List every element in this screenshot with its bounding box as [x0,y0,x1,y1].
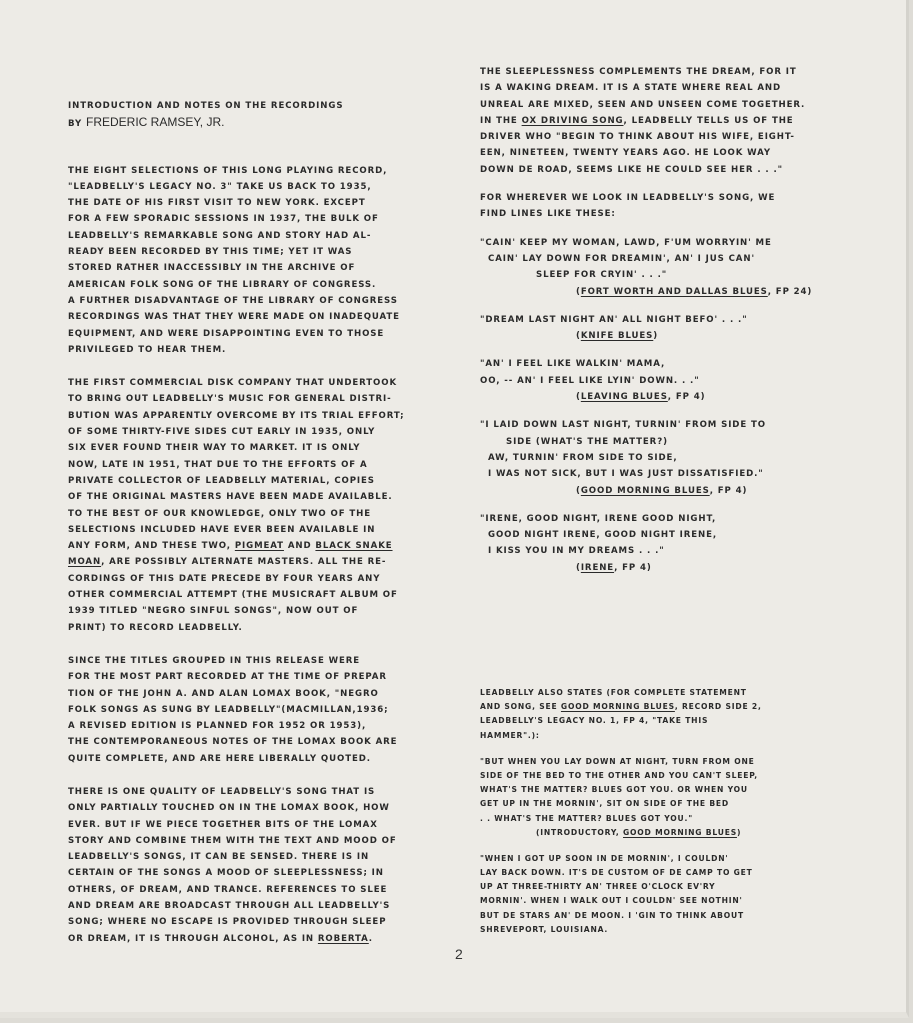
text-line: (GOOD MORNING BLUES, FP 4) [480,483,880,499]
text-line: AMERICAN FOLK SONG OF THE LIBRARY OF CON… [68,277,478,293]
song-title: IRENE [581,563,614,573]
text-line: IS A WAKING DREAM. IT IS A STATE WHERE R… [480,80,880,96]
text-line: "I LAID DOWN LAST NIGHT, TURNIN' FROM SI… [480,417,880,433]
text-line: READY BEEN RECORDED BY THIS TIME; YET IT… [68,244,478,260]
text-line: NOW, LATE IN 1951, THAT DUE TO THE EFFOR… [68,457,478,473]
text-line: . . WHAT'S THE MATTER? BLUES GOT YOU." [480,812,880,826]
text-line: THE DATE OF HIS FIRST VISIT TO NEW YORK.… [68,195,478,211]
paragraph: "WHEN I GOT UP SOON IN DE MORNIN', I COU… [480,852,880,937]
song-title: GOOD MORNING BLUES [581,486,710,496]
text-line: THE CONTEMPORANEOUS NOTES OF THE LOMAX B… [68,734,478,750]
text-line: (INTRODUCTORY, GOOD MORNING BLUES) [480,826,880,840]
right-paragraphs: THE SLEEPLESSNESS COMPLEMENTS THE DREAM,… [480,64,880,576]
song-title: OX DRIVING SONG [522,116,624,126]
text-line: OR DREAM, IT IS THROUGH ALCOHOL, AS IN R… [68,931,478,947]
page-number: 2 [455,946,463,962]
text-line: TO THE BEST OF OUR KNOWLEDGE, ONLY TWO O… [68,506,478,522]
text-line: PRIVATE COLLECTOR OF LEADBELLY MATERIAL,… [68,473,478,489]
text-line: LAY BACK DOWN. IT'S DE CUSTOM OF DE CAMP… [480,866,880,880]
paragraph: THE EIGHT SELECTIONS OF THIS LONG PLAYIN… [68,163,478,359]
text-line: OF SOME THIRTY-FIVE SIDES CUT EARLY IN 1… [68,424,478,440]
document-page: INTRODUCTION AND NOTES ON THE RECORDINGS… [0,0,909,1018]
text-line: I KISS YOU IN MY DREAMS . . ." [480,543,880,559]
text-line: SINCE THE TITLES GROUPED IN THIS RELEASE… [68,653,478,669]
text-line: THERE IS ONE QUALITY OF LEADBELLY'S SONG… [68,784,478,800]
text-line: 1939 TITLED "NEGRO SINFUL SONGS", NOW OU… [68,603,478,619]
paragraph: THE SLEEPLESSNESS COMPLEMENTS THE DREAM,… [480,64,880,178]
text-line: ANY FORM, AND THESE TWO, PIGMEAT AND BLA… [68,538,478,554]
right-notes-paragraphs: LEADBELLY ALSO STATES (FOR COMPLETE STAT… [480,686,880,937]
paragraph: THE FIRST COMMERCIAL DISK COMPANY THAT U… [68,375,478,636]
text-line: QUITE COMPLETE, AND ARE HERE LIBERALLY Q… [68,751,478,767]
text-line: SELECTIONS INCLUDED HAVE EVER BEEN AVAIL… [68,522,478,538]
paragraph: "DREAM LAST NIGHT AN' ALL NIGHT BEFO' . … [480,312,880,345]
text-line: GOOD NIGHT IRENE, GOOD NIGHT IRENE, [480,527,880,543]
song-title: BLACK SNAKE [315,541,392,551]
text-line: TION OF THE JOHN A. AND ALAN LOMAX BOOK,… [68,686,478,702]
text-line: EVER. BUT IF WE PIECE TOGETHER BITS OF T… [68,817,478,833]
text-line: FOR WHEREVER WE LOOK IN LEADBELLY'S SONG… [480,190,880,206]
text-line: THE SLEEPLESSNESS COMPLEMENTS THE DREAM,… [480,64,880,80]
text-line: FIND LINES LIKE THESE: [480,206,880,222]
text-line: BUTION WAS APPARENTLY OVERCOME BY ITS TR… [68,408,478,424]
text-line: OF THE ORIGINAL MASTERS HAVE BEEN MADE A… [68,489,478,505]
text-line: SLEEP FOR CRYIN' . . ." [480,267,880,283]
song-title: LEAVING BLUES [581,392,668,402]
text-line: AW, TURNIN' FROM SIDE TO SIDE, [480,450,880,466]
right-column-notes: LEADBELLY ALSO STATES (FOR COMPLETE STAT… [480,686,880,937]
text-line: IN THE OX DRIVING SONG, LEADBELLY TELLS … [480,113,880,129]
text-line: LEADBELLY'S LEGACY NO. 1, FP 4, "TAKE TH… [480,714,880,728]
paragraph: "AN' I FEEL LIKE WALKIN' MAMA,OO, -- AN'… [480,356,880,405]
text-line: A REVISED EDITION IS PLANNED FOR 1952 OR… [68,718,478,734]
text-line: THE FIRST COMMERCIAL DISK COMPANY THAT U… [68,375,478,391]
author-name: FREDERIC RAMSEY, JR. [86,115,224,129]
song-title: GOOD MORNING BLUES [561,702,675,711]
text-line: ONLY PARTIALLY TOUCHED ON IN THE LOMAX B… [68,800,478,816]
text-line: (IRENE, FP 4) [480,560,880,576]
heading-title: INTRODUCTION AND NOTES ON THE RECORDINGS [68,98,478,114]
text-line: CORDINGS OF THIS DATE PRECEDE BY FOUR YE… [68,571,478,587]
song-title: KNIFE BLUES [581,331,653,341]
text-line: "BUT WHEN YOU LAY DOWN AT NIGHT, TURN FR… [480,755,880,769]
text-line: "WHEN I GOT UP SOON IN DE MORNIN', I COU… [480,852,880,866]
paragraph: THERE IS ONE QUALITY OF LEADBELLY'S SONG… [68,784,478,947]
heading: INTRODUCTION AND NOTES ON THE RECORDINGS… [68,98,478,131]
text-line: SIDE (WHAT'S THE MATTER?) [480,434,880,450]
paragraph: "IRENE, GOOD NIGHT, IRENE GOOD NIGHT,GOO… [480,511,880,576]
text-line: PRINT) TO RECORD LEADBELLY. [68,620,478,636]
paragraph: FOR WHEREVER WE LOOK IN LEADBELLY'S SONG… [480,190,880,223]
text-line: AND DREAM ARE BROADCAST THROUGH ALL LEAD… [68,898,478,914]
text-line: MOAN, ARE POSSIBLY ALTERNATE MASTERS. AL… [68,554,478,570]
text-line: FOR A FEW SPORADIC SESSIONS IN 1937, THE… [68,211,478,227]
text-line: WHAT'S THE MATTER? BLUES GOT YOU. OR WHE… [480,783,880,797]
song-title: MOAN [68,557,101,567]
right-column: THE SLEEPLESSNESS COMPLEMENTS THE DREAM,… [480,64,880,576]
text-line: LEADBELLY'S REMARKABLE SONG AND STORY HA… [68,228,478,244]
text-line: THE EIGHT SELECTIONS OF THIS LONG PLAYIN… [68,163,478,179]
text-line: FOLK SONGS AS SUNG BY LEADBELLY"(MACMILL… [68,702,478,718]
text-line: (LEAVING BLUES, FP 4) [480,389,880,405]
text-line: I WAS NOT SICK, BUT I WAS JUST DISSATISF… [480,466,880,482]
text-line: EQUIPMENT, AND WERE DISAPPOINTING EVEN T… [68,326,478,342]
text-line: UP AT THREE-THIRTY AN' THREE O'CLOCK EV'… [480,880,880,894]
text-line: LEADBELLY'S SONGS, IT CAN BE SENSED. THE… [68,849,478,865]
paragraph: "CAIN' KEEP MY WOMAN, LAWD, F'UM WORRYIN… [480,235,880,300]
text-line: AND SONG, SEE GOOD MORNING BLUES, RECORD… [480,700,880,714]
text-line: DOWN DE ROAD, SEEMS LIKE HE COULD SEE HE… [480,162,880,178]
text-line: SONG; WHERE NO ESCAPE IS PROVIDED THROUG… [68,914,478,930]
text-line: "AN' I FEEL LIKE WALKIN' MAMA, [480,356,880,372]
text-line: FOR THE MOST PART RECORDED AT THE TIME O… [68,669,478,685]
text-line: SHREVEPORT, LOUISIANA. [480,923,880,937]
text-line: "CAIN' KEEP MY WOMAN, LAWD, F'UM WORRYIN… [480,235,880,251]
text-line: OTHERS, OF DREAM, AND TRANCE. REFERENCES… [68,882,478,898]
paragraph: SINCE THE TITLES GROUPED IN THIS RELEASE… [68,653,478,767]
text-line: A FURTHER DISADVANTAGE OF THE LIBRARY OF… [68,293,478,309]
text-line: "DREAM LAST NIGHT AN' ALL NIGHT BEFO' . … [480,312,880,328]
left-column: INTRODUCTION AND NOTES ON THE RECORDINGS… [68,98,478,947]
text-line: BUT DE STARS AN' DE MOON. I 'GIN TO THIN… [480,909,880,923]
text-line: SIX EVER FOUND THEIR WAY TO MARKET. IT I… [68,440,478,456]
text-line: GET UP IN THE MORNIN', SIT ON SIDE OF TH… [480,797,880,811]
text-line: OO, -- AN' I FEEL LIKE LYIN' DOWN. . ." [480,373,880,389]
text-line: DRIVER WHO "BEGIN TO THINK ABOUT HIS WIF… [480,129,880,145]
text-line: SIDE OF THE BED TO THE OTHER AND YOU CAN… [480,769,880,783]
paragraph: "I LAID DOWN LAST NIGHT, TURNIN' FROM SI… [480,417,880,498]
song-title: FORT WORTH AND DALLAS BLUES [581,287,768,297]
text-line: CAIN' LAY DOWN FOR DREAMIN', AN' I JUS C… [480,251,880,267]
text-line: UNREAL ARE MIXED, SEEN AND UNSEEN COME T… [480,97,880,113]
text-line: EEN, NINETEEN, TWENTY YEARS AGO. HE LOOK… [480,145,880,161]
left-paragraphs: THE EIGHT SELECTIONS OF THIS LONG PLAYIN… [68,163,478,947]
song-title: PIGMEAT [235,541,284,551]
paragraph: "BUT WHEN YOU LAY DOWN AT NIGHT, TURN FR… [480,755,880,840]
song-title: GOOD MORNING BLUES [623,828,737,837]
text-line: HAMMER".): [480,729,880,743]
text-line: STORY AND COMBINE THEM WITH THE TEXT AND… [68,833,478,849]
heading-byline: BY FREDERIC RAMSEY, JR. [68,114,478,130]
text-line: LEADBELLY ALSO STATES (FOR COMPLETE STAT… [480,686,880,700]
paragraph: LEADBELLY ALSO STATES (FOR COMPLETE STAT… [480,686,880,743]
text-line: RECORDINGS WAS THAT THEY WERE MADE ON IN… [68,309,478,325]
text-line: CERTAIN OF THE SONGS A MOOD OF SLEEPLESS… [68,865,478,881]
text-line: "IRENE, GOOD NIGHT, IRENE GOOD NIGHT, [480,511,880,527]
text-line: (FORT WORTH AND DALLAS BLUES, FP 24) [480,284,880,300]
text-line: STORED RATHER INACCESSIBLY IN THE ARCHIV… [68,260,478,276]
text-line: TO BRING OUT LEADBELLY'S MUSIC FOR GENER… [68,391,478,407]
text-line: MORNIN'. WHEN I WALK OUT I COULDN' SEE N… [480,894,880,908]
song-title: ROBERTA [318,934,369,944]
text-line: (KNIFE BLUES) [480,328,880,344]
text-line: PRIVILEGED TO HEAR THEM. [68,342,478,358]
text-line: "LEADBELLY'S LEGACY NO. 3" TAKE US BACK … [68,179,478,195]
text-line: OTHER COMMERCIAL ATTEMPT (THE MUSICRAFT … [68,587,478,603]
